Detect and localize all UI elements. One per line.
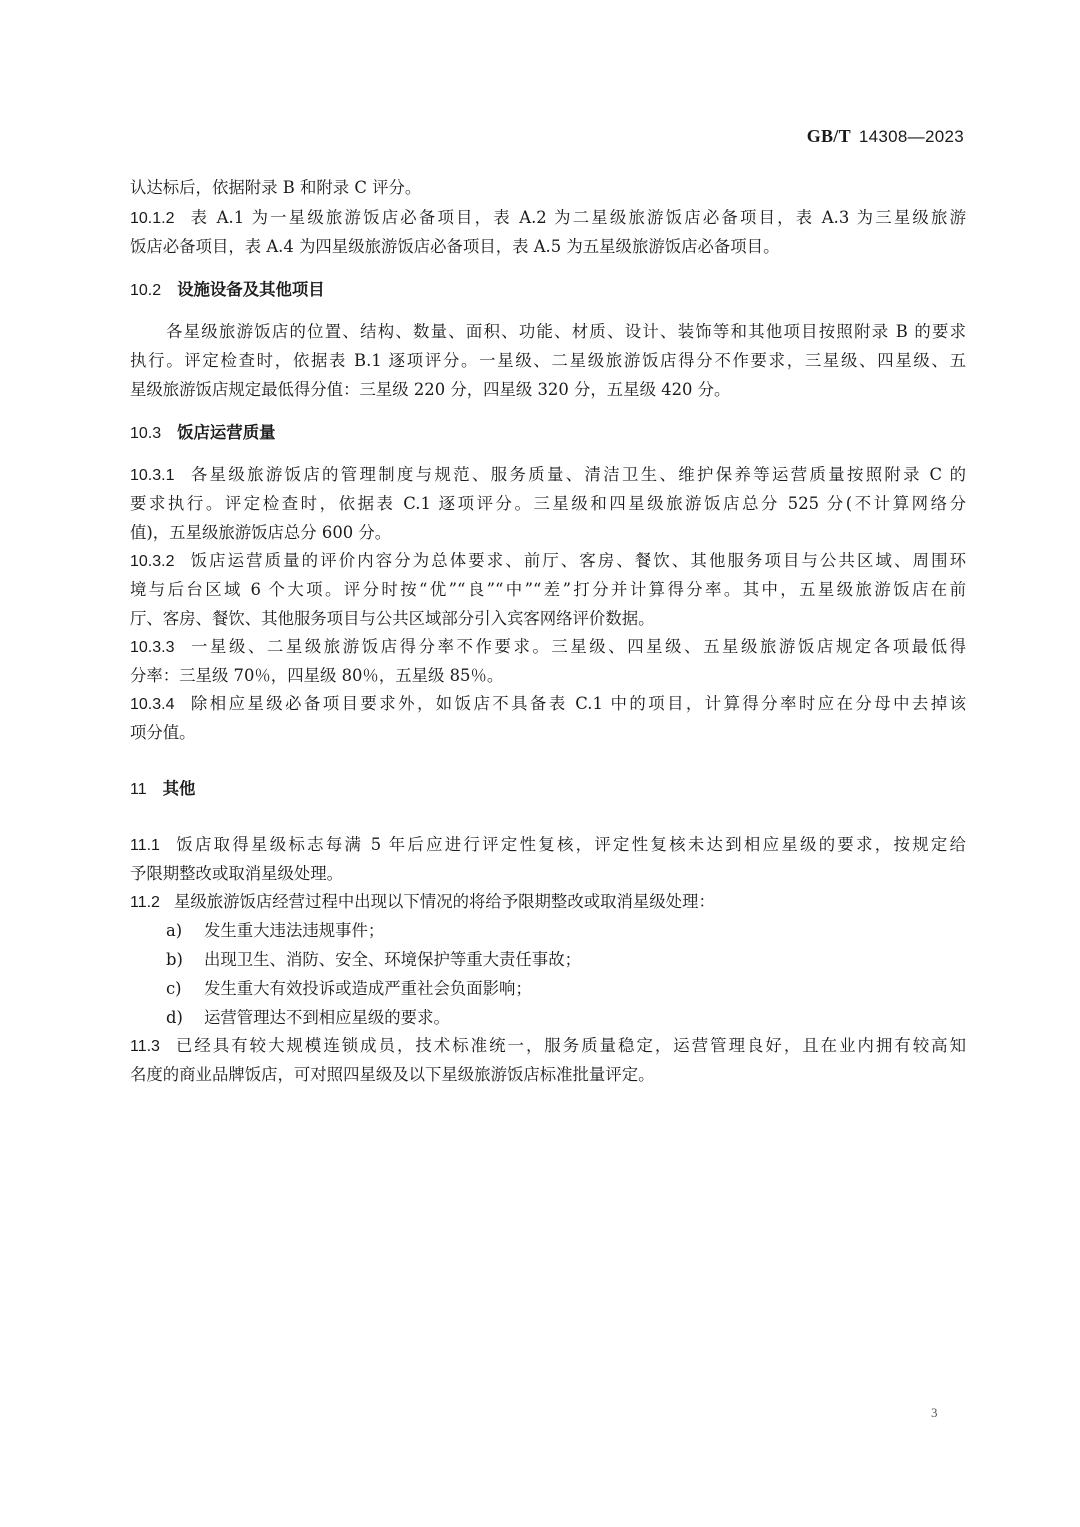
- list-item: a)发生重大违法违规事件；: [166, 921, 384, 941]
- clause-10-1-2: 10.1.2表 A.1 为一星级旅游饭店必备项目，表 A.2 为二星级旅游饭店必…: [130, 208, 966, 229]
- clause-number: 10.3.2: [130, 552, 174, 572]
- clause-10-3-4: 10.3.4除相应星级必备项目要求外，如饭店不具备表 C.1 中的项目，计算得分…: [130, 694, 966, 715]
- standard-number: 14308—2023: [859, 127, 964, 146]
- clause-number: 11.1: [130, 836, 160, 856]
- clause-10-3-2: 10.3.2饭店运营质量的评价内容分为总体要求、前厅、客房、餐饮、其他服务项目与…: [130, 551, 966, 572]
- clause-11-3: 11.3已经具有较大规模连锁成员，技术标准统一，服务质量稳定，运营管理良好，且在…: [130, 1036, 966, 1057]
- clause-number: 11.3: [130, 1037, 160, 1057]
- clause-11-2: 11.2星级旅游饭店经营过程中出现以下情况的将给予限期整改或取消星级处理：: [130, 892, 966, 913]
- clause-text: 除相应星级必备项目要求外，如饭店不具备表 C.1 中的项目，计算得分率时应在分母…: [188, 694, 966, 713]
- paragraph-line: 要求执行。评定检查时，依据表 C.1 逐项评分。三星级和四星级旅游饭店总分 52…: [130, 494, 966, 514]
- clause-number: 10.3.3: [130, 638, 174, 658]
- section-number: 10.3: [130, 424, 161, 444]
- list-marker: a): [166, 921, 204, 941]
- clause-text: 饭店运营质量的评价内容分为总体要求、前厅、客房、餐饮、其他服务项目与公共区域、周…: [188, 551, 966, 570]
- clause-number: 10.1.2: [130, 209, 174, 229]
- chapter-number: 11: [130, 780, 147, 800]
- section-number: 10.2: [130, 281, 161, 301]
- section-title: 饭店运营质量: [177, 423, 275, 442]
- clause-text: 一星级、二星级旅游饭店得分率不作要求。三星级、四星级、五星级旅游饭店规定各项最低…: [188, 637, 966, 656]
- clause-10-3-3: 10.3.3一星级、二星级旅游饭店得分率不作要求。三星级、四星级、五星级旅游饭店…: [130, 637, 966, 658]
- list-item: b)出现卫生、消防、安全、环境保护等重大责任事故；: [166, 950, 581, 970]
- list-item-text: 发生重大违法违规事件；: [204, 921, 384, 940]
- clause-text: 各星级旅游饭店的管理制度与规范、服务质量、清洁卫生、维护保养等运营质量按照附录 …: [188, 465, 966, 484]
- paragraph-line: 饭店必备项目，表 A.4 为四星级旅游饭店必备项目，表 A.5 为五星级旅游饭店…: [130, 237, 966, 257]
- clause-number: 11.2: [130, 893, 160, 913]
- paragraph-line: 星级旅游饭店规定最低得分值：三星级 220 分，四星级 320 分，五星级 42…: [130, 380, 966, 400]
- clause-text: 表 A.1 为一星级旅游饭店必备项目，表 A.2 为二星级旅游饭店必备项目，表 …: [188, 208, 966, 227]
- clause-text: 已经具有较大规模连锁成员，技术标准统一，服务质量稳定，运营管理良好，且在业内拥有…: [174, 1036, 966, 1055]
- paragraph-line: 予限期整改或取消星级处理。: [130, 864, 966, 884]
- list-item: d)运营管理达不到相应星级的要求。: [166, 1008, 450, 1028]
- paragraph-line: 认达标后，依据附录 B 和附录 C 评分。: [130, 178, 966, 198]
- section-heading-10-3: 10.3饭店运营质量: [130, 423, 275, 444]
- list-item-text: 出现卫生、消防、安全、环境保护等重大责任事故；: [204, 950, 581, 969]
- section-heading-10-2: 10.2设施设备及其他项目: [130, 280, 325, 301]
- list-item-text: 发生重大有效投诉或造成严重社会负面影响；: [204, 979, 532, 998]
- paragraph-line: 执行。评定检查时，依据表 B.1 逐项评分。一星级、二星级旅游饭店得分不作要求，…: [130, 351, 966, 371]
- clause-text: 星级旅游饭店经营过程中出现以下情况的将给予限期整改或取消星级处理：: [174, 892, 715, 911]
- clause-text: 饭店取得星级标志每满 5 年后应进行评定性复核，评定性复核未达到相应星级的要求，…: [174, 835, 966, 854]
- list-marker: c): [166, 979, 204, 999]
- paragraph-line: 名度的商业品牌饭店，可对照四星级及以下星级旅游饭店标准批量评定。: [130, 1065, 966, 1085]
- list-item-text: 运营管理达不到相应星级的要求。: [204, 1008, 450, 1027]
- page-number: 3: [931, 1405, 938, 1421]
- clause-number: 10.3.1: [130, 466, 174, 486]
- paragraph-line: 项分值。: [130, 723, 966, 743]
- chapter-heading-11: 11其他: [130, 779, 195, 800]
- clause-11-1: 11.1饭店取得星级标志每满 5 年后应进行评定性复核，评定性复核未达到相应星级…: [130, 835, 966, 856]
- chapter-title: 其他: [163, 779, 196, 798]
- paragraph-line: 分率：三星级 70％，四星级 80％，五星级 85％。: [130, 666, 966, 686]
- paragraph-line: 值)，五星级旅游饭店总分 600 分。: [130, 523, 966, 543]
- clause-number: 10.3.4: [130, 695, 174, 715]
- section-title: 设施设备及其他项目: [177, 280, 325, 299]
- paragraph-line: 各星级旅游饭店的位置、结构、数量、面积、功能、材质、设计、装饰等和其他项目按照附…: [130, 322, 966, 342]
- document-header: GB/T14308—2023: [807, 126, 964, 147]
- list-marker: d): [166, 1008, 204, 1028]
- list-item: c)发生重大有效投诉或造成严重社会负面影响；: [166, 979, 532, 999]
- standard-prefix: GB/T: [807, 126, 851, 146]
- clause-10-3-1: 10.3.1各星级旅游饭店的管理制度与规范、服务质量、清洁卫生、维护保养等运营质…: [130, 465, 966, 486]
- paragraph-line: 境与后台区域 6 个大项。评分时按“优”“良”“中”“差”打分并计算得分率。其中…: [130, 580, 966, 600]
- paragraph-line: 厅、客房、餐饮、其他服务项目与公共区域部分引入宾客网络评价数据。: [130, 609, 966, 629]
- list-marker: b): [166, 950, 204, 970]
